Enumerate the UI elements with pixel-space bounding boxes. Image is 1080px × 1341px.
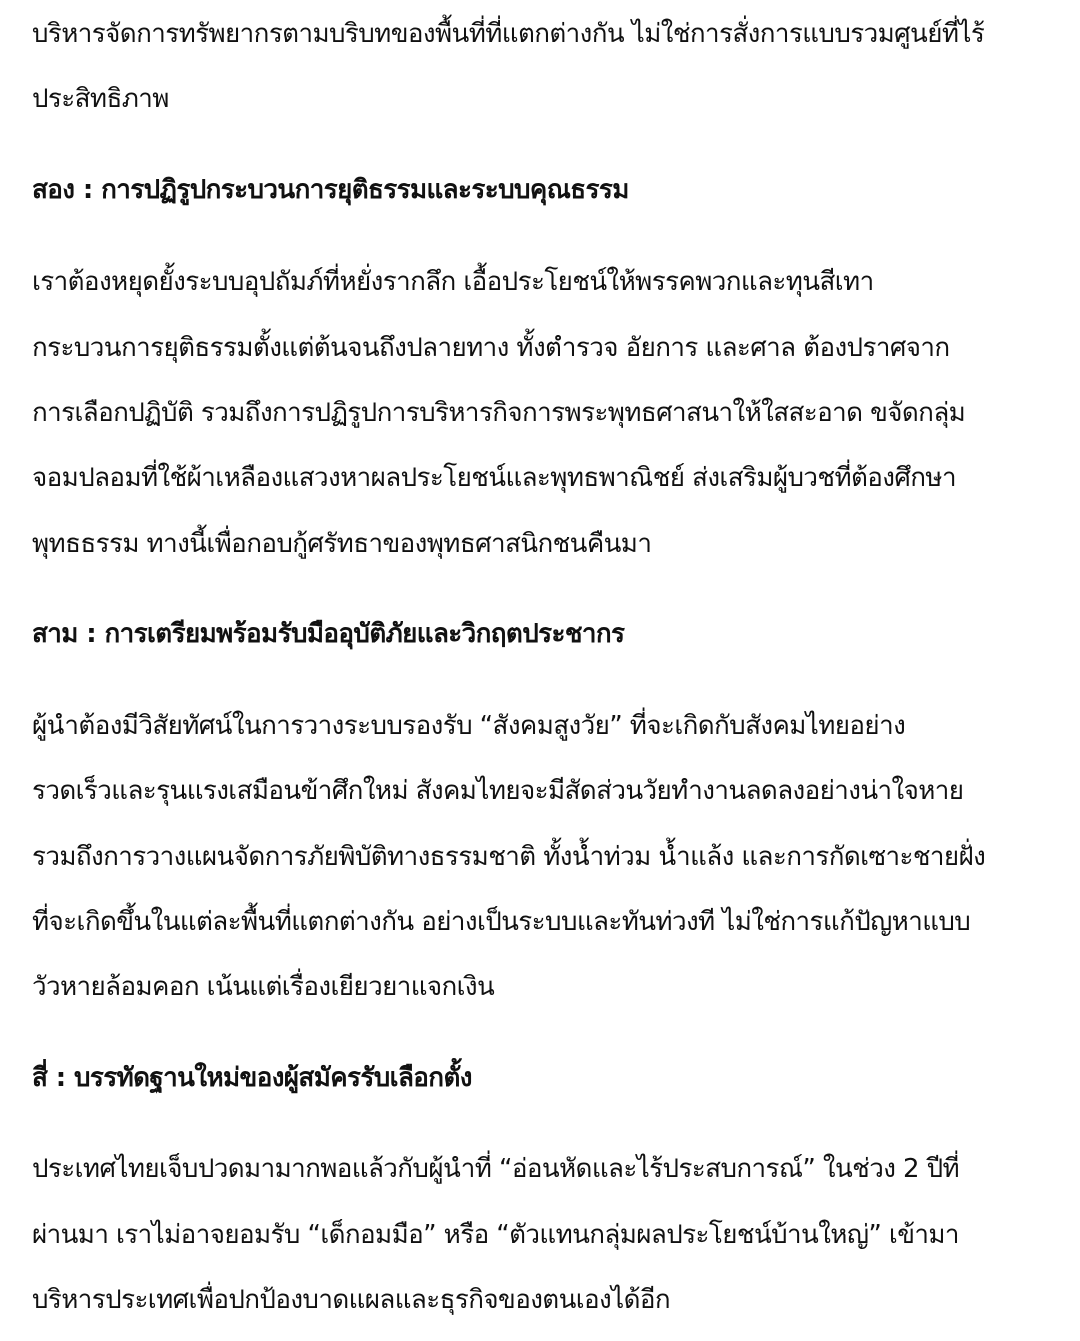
paragraph-line: บริหารจัดการทรัพยากรตามบริบทของพื้นที่ที… — [32, 14, 984, 54]
paragraph-line: พุทธธรรม ทางนี้เพื่อกอบกู้ศรัทธาของพุทธศ… — [32, 524, 651, 564]
paragraph-line: ประสิทธิภาพ — [32, 79, 169, 119]
section-heading-four: สี่ : บรรทัดฐานใหม่ของผู้สมัครรับเลือกตั… — [32, 1058, 472, 1098]
paragraph-line: วัวหายล้อมคอก เน้นแต่เรื่องเยียวยาแจกเงิ… — [32, 967, 494, 1007]
paragraph-line: ประเทศไทยเจ็บปวดมามากพอแล้วกับผู้นำที่ “… — [32, 1149, 959, 1189]
paragraph-line: การเลือกปฏิบัติ รวมถึงการปฏิรูปการบริหาร… — [32, 393, 965, 433]
paragraph-line: รวมถึงการวางแผนจัดการภัยพิบัติทางธรรมชาต… — [32, 837, 985, 877]
paragraph-line: เราต้องหยุดยั้งระบบอุปถัมภ์ที่หยั่งรากลึ… — [32, 262, 874, 302]
paragraph-line: จอมปลอมที่ใช้ผ้าเหลืองแสวงหาผลประโยชน์แล… — [32, 458, 956, 498]
paragraph-line: ที่จะเกิดขึ้นในแต่ละพื้นที่แตกต่างกัน อย… — [32, 902, 970, 942]
paragraph-line: รวดเร็วและรุนแรงเสมือนข้าศึกใหม่ สังคมไท… — [32, 771, 963, 811]
paragraph-line: บริหารประเทศเพื่อปกป้องบาดแผลและธุรกิจขอ… — [32, 1280, 670, 1320]
paragraph-line: ผู้นำต้องมีวิสัยทัศน์ในการวางระบบรองรับ … — [32, 706, 905, 746]
paragraph-line: ผ่านมา เราไม่อาจยอมรับ “เด็กอมมือ” หรือ … — [32, 1215, 959, 1255]
paragraph-line: กระบวนการยุติธรรมตั้งแต่ต้นจนถึงปลายทาง … — [32, 328, 950, 368]
document-page: บริหารจัดการทรัพยากรตามบริบทของพื้นที่ที… — [0, 0, 1080, 1341]
section-heading-three: สาม : การเตรียมพร้อมรับมืออุบัติภัยและวิ… — [32, 614, 624, 654]
section-heading-two: สอง : การปฏิรูปกระบวนการยุติธรรมและระบบค… — [32, 170, 629, 210]
